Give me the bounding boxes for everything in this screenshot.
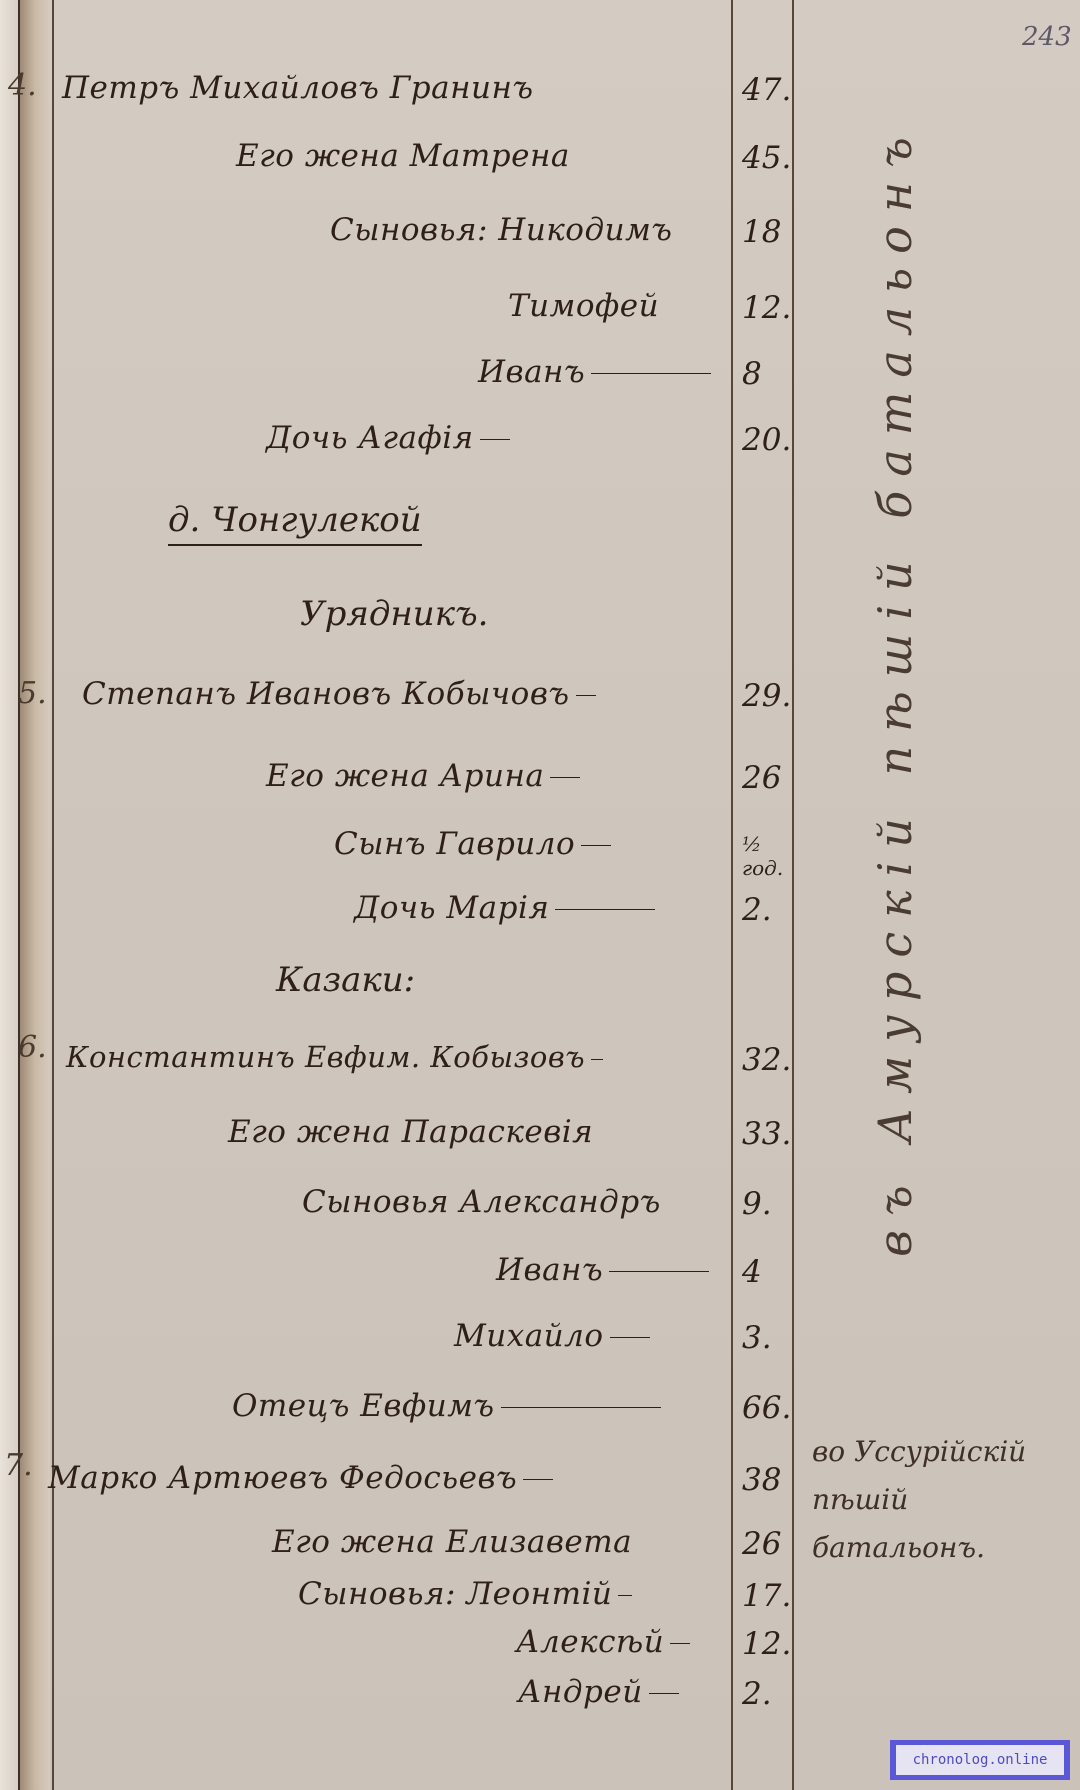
rank-heading-uryadnik: Урядникъ. [300,594,488,634]
filler-dash [609,1271,709,1272]
family-member: Михайло [454,1318,650,1354]
filler-dash [501,1407,661,1408]
family-member: Дочь Агафія [266,420,510,456]
household-head: Петръ Михайловъ Гранинъ [62,70,534,106]
age-value: ½ год. [742,832,792,880]
household-head: Константинъ Евфим. Кобызовъ [66,1040,603,1074]
filler-dash [550,777,580,778]
family-member: Сыновья: Никодимъ [330,212,672,248]
filler-dash [591,373,711,374]
age-value: 18 [742,214,792,250]
family-member: Отецъ Евфимъ [232,1388,661,1424]
age-value: 3. [742,1320,792,1356]
family-member: Сыновья: Леонтій [298,1576,632,1612]
age-value: 26 [742,1526,792,1562]
age-value: 12. [742,290,792,326]
age-value: 2. [742,892,792,928]
family-member: Его жена Матрена [236,138,570,174]
entry-number: 6. [18,1030,47,1065]
filler-dash [591,1059,603,1060]
watermark-text: chronolog.online [896,1745,1064,1775]
filler-dash [576,695,596,696]
rank-heading-kazaki: Казаки: [276,960,415,1000]
age-value: 20. [742,422,792,458]
age-value: 66. [742,1390,792,1426]
previous-page-edge [0,0,20,1790]
age-value: 17. [742,1578,792,1614]
filler-dash [670,1643,690,1644]
left-margin-rule [52,0,54,1790]
vertical-remark: въ Амурскій пѣшій батальонъ [850,40,940,1340]
age-value: 2. [742,1676,792,1712]
entry-number: 4. [8,68,37,103]
age-value: 33. [742,1116,792,1152]
age-value: 26 [742,760,792,796]
age-value: 8 [742,356,792,392]
family-member: Сыновья Александръ [302,1184,661,1220]
age-value: 29. [742,678,792,714]
family-member: Алексѣй [516,1624,690,1660]
filler-dash [581,845,611,846]
family-member: Его жена Параскевія [228,1114,593,1150]
age-value: 38 [742,1462,792,1498]
watermark-badge: chronolog.online [890,1740,1070,1780]
age-value: 45. [742,140,792,176]
family-member: Иванъ [478,354,711,390]
family-member: Иванъ [496,1252,709,1288]
book-gutter [20,0,50,1790]
page-number: 243 [1022,22,1072,52]
filler-dash [618,1595,632,1596]
entry-number: 5. [18,676,47,711]
family-member: Сынъ Гаврило [334,826,611,862]
age-value: 9. [742,1186,792,1222]
village-heading: д. Чонгулекой [168,500,422,540]
family-member: Его жена Арина [266,758,580,794]
family-member: Андрей [518,1674,679,1710]
filler-dash [649,1693,679,1694]
age-value: 32. [742,1042,792,1078]
entry-7-remark: во Уссурійскій пѣшій батальонъ. [812,1428,1080,1572]
family-member: Тимофей [508,288,659,324]
filler-dash [480,439,510,440]
age-column-left-rule [731,0,733,1790]
family-member: Его жена Елизавета [272,1524,632,1560]
age-value: 47. [742,72,792,108]
filler-dash [523,1479,553,1480]
age-column-right-rule [792,0,794,1790]
entry-number: 7. [4,1448,33,1483]
age-value: 4 [742,1254,792,1290]
filler-dash [610,1337,650,1338]
household-head: Марко Артюевъ Федосьевъ [48,1460,553,1496]
age-value: 12. [742,1626,792,1662]
filler-dash [555,909,655,910]
family-member: Дочь Марія [354,890,655,926]
household-head: Степанъ Ивановъ Кобычовъ [82,676,596,712]
